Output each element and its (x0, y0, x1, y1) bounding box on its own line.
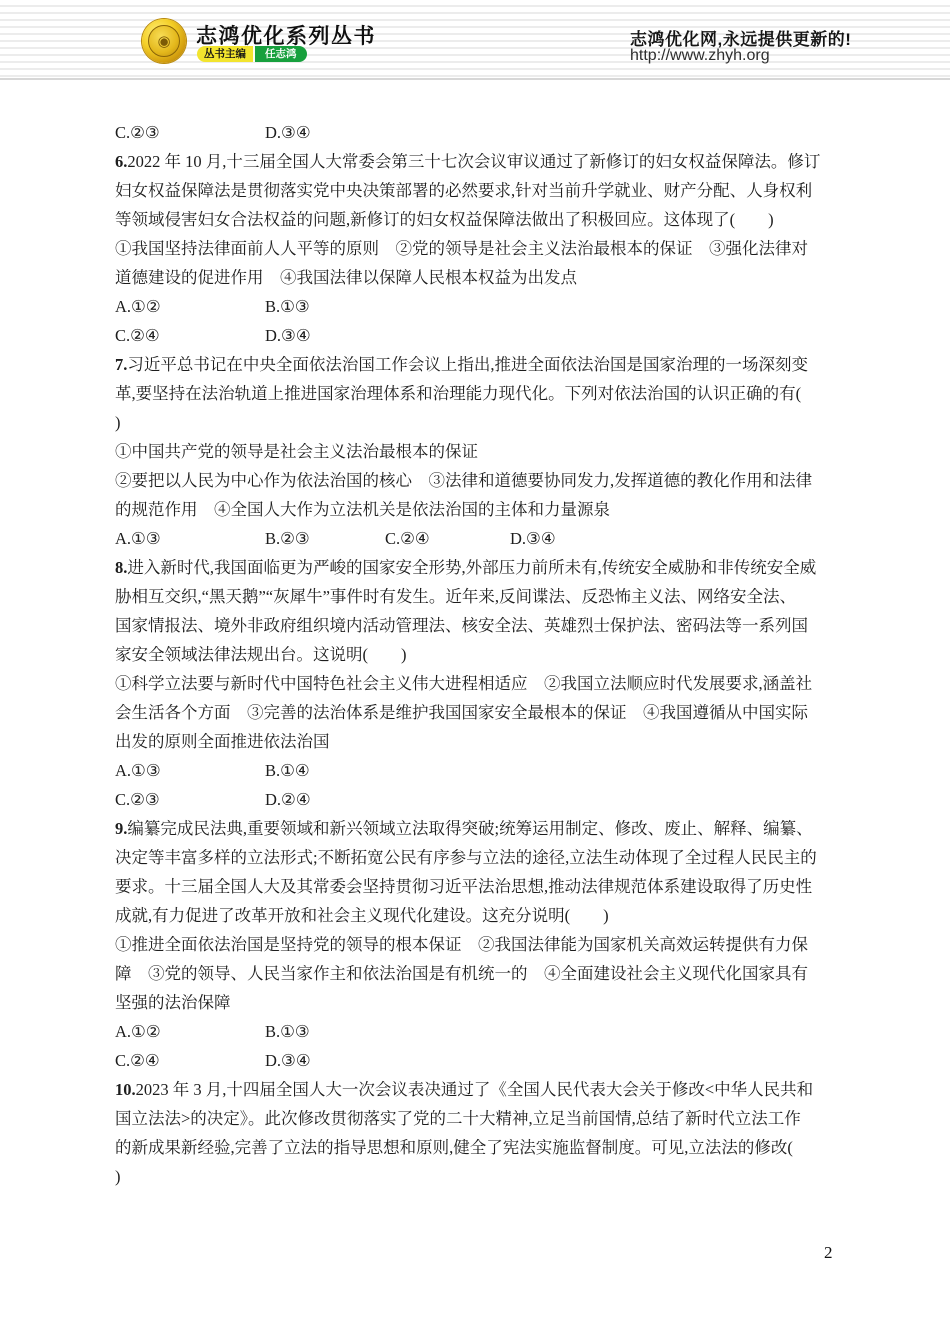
answer-option: B.①③ (265, 292, 385, 321)
text-line: 坚强的法治保障 (115, 988, 839, 1017)
options-line: A.①③B.②③C.②④D.③④ (115, 524, 839, 553)
text-line: ①中国共产党的领导是社会主义法治最根本的保证 (115, 437, 839, 466)
answer-option: C.②④ (115, 321, 265, 350)
answer-option: C.②④ (115, 1046, 265, 1075)
answer-option: D.②④ (265, 785, 385, 814)
text-line: ①推进全面依法治国是坚持党的领导的根本保证 ②我国法律能为国家机关高效运转提供有… (115, 930, 839, 959)
answer-option: B.①④ (265, 756, 385, 785)
text-line: 决定等丰富多样的立法形式;不断拓宽公民有序参与立法的途径,立法生动体现了全过程人… (115, 843, 839, 872)
publisher-medal-icon: ◉ (142, 19, 186, 63)
options-line: A.①②B.①③ (115, 1017, 839, 1046)
text-line: 出发的原则全面推进依法治国 (115, 727, 839, 756)
text-line: 8.进入新时代,我国面临更为严峻的国家安全形势,外部压力前所未有,传统安全威胁和… (115, 553, 839, 582)
text-line: 会生活各个方面 ③完善的法治体系是维护我国国家安全最根本的保证 ④我国遵循从中国… (115, 698, 839, 727)
text-line: 胁相互交织,“黑天鹅”“灰犀牛”事件时有发生。近年来,反间谍法、反恐怖主义法、网… (115, 582, 839, 611)
text-line: 妇女权益保障法是贯彻落实党中央决策部署的必然要求,针对当前升学就业、财产分配、人… (115, 176, 839, 205)
text-line: 成就,有力促进了改革开放和社会主义现代化建设。这充分说明( ) (115, 901, 839, 930)
page-header: ◉ 志鸿优化系列丛书 丛书主编 任志鸿 志鸿优化网,永远提供更新的! http:… (0, 0, 950, 80)
question-number: 7. (115, 355, 127, 374)
question-number: 9. (115, 819, 127, 838)
answer-option: C.②③ (115, 785, 265, 814)
answer-option: C.②④ (385, 524, 510, 553)
answer-option: D.③④ (265, 1046, 385, 1075)
text-line: 的规范作用 ④全国人大作为立法机关是依法治国的主体和力量源泉 (115, 495, 839, 524)
answer-option: D.③④ (510, 524, 556, 553)
answer-option: A.①② (115, 292, 265, 321)
answer-option: B.①③ (265, 1017, 385, 1046)
question-number: 10. (115, 1080, 136, 1099)
options-line: C.②③D.②④ (115, 785, 839, 814)
text-line: 家安全领域法律法规出台。这说明( ) (115, 640, 839, 669)
text-line: 障 ③党的领导、人民当家作主和依法治国是有机统一的 ④全面建设社会主义现代化国家… (115, 959, 839, 988)
answer-option: A.①③ (115, 756, 265, 785)
options-line: A.①③B.①④ (115, 756, 839, 785)
text-line: 要求。十三届全国人大及其常委会坚持贯彻习近平法治思想,推动法律规范体系建设取得了… (115, 872, 839, 901)
answer-option: D.③④ (265, 321, 385, 350)
text-line: ) (115, 1162, 839, 1191)
options-line: C.②④D.③④ (115, 1046, 839, 1075)
badge-role-label: 丛书主编 (197, 46, 253, 62)
options-line: C.②③D.③④ (115, 118, 839, 147)
text-line: 10.2023 年 3 月,十四届全国人大一次会议表决通过了《全国人民代表大会关… (115, 1075, 839, 1104)
text-line: ①我国坚持法律面前人人平等的原则 ②党的领导是社会主义法治最根本的保证 ③强化法… (115, 234, 839, 263)
editor-badge: 丛书主编 任志鸿 (197, 46, 307, 62)
text-line: 等领域侵害妇女合法权益的问题,新修订的妇女权益保障法做出了积极回应。这体现了( … (115, 205, 839, 234)
text-line: 的新成果新经验,完善了立法的指导思想和原则,健全了宪法实施监督制度。可见,立法法… (115, 1133, 839, 1162)
text-line: 9.编纂完成民法典,重要领域和新兴领域立法取得突破;统筹运用制定、修改、废止、解… (115, 814, 839, 843)
answer-option: B.②③ (265, 524, 385, 553)
text-line: 国立法法>的决定》。此次修改贯彻落实了党的二十大精神,立足当前国情,总结了新时代… (115, 1104, 839, 1133)
options-line: A.①②B.①③ (115, 292, 839, 321)
text-line: 国家情报法、境外非政府组织境内活动管理法、核安全法、英雄烈士保护法、密码法等一系… (115, 611, 839, 640)
text-line: 7.习近平总书记在中央全面依法治国工作会议上指出,推进全面依法治国是国家治理的一… (115, 350, 839, 379)
site-url: http://www.zhyh.org (630, 47, 770, 65)
text-line: 道德建设的促进作用 ④我国法律以保障人民根本权益为出发点 (115, 263, 839, 292)
badge-editor-name: 任志鸿 (253, 46, 307, 62)
answer-option: D.③④ (265, 118, 385, 147)
page-number: 2 (824, 1243, 833, 1263)
answer-option: A.①② (115, 1017, 265, 1046)
medal-emblem-icon: ◉ (148, 25, 180, 57)
text-line: ②要把以人民为中心作为依法治国的核心 ③法律和道德要协同发力,发挥道德的教化作用… (115, 466, 839, 495)
document-body: C.②③D.③④6.2022 年 10 月,十三届全国人大常委会第三十七次会议审… (115, 118, 839, 1191)
question-number: 6. (115, 152, 127, 171)
options-line: C.②④D.③④ (115, 321, 839, 350)
text-line: ) (115, 408, 839, 437)
answer-option: C.②③ (115, 118, 265, 147)
question-number: 8. (115, 558, 127, 577)
answer-option: A.①③ (115, 524, 265, 553)
text-line: ①科学立法要与新时代中国特色社会主义伟大进程相适应 ②我国立法顺应时代发展要求,… (115, 669, 839, 698)
text-line: 6.2022 年 10 月,十三届全国人大常委会第三十七次会议审议通过了新修订的… (115, 147, 839, 176)
text-line: 革,要坚持在法治轨道上推进国家治理体系和治理能力现代化。下列对依法治国的认识正确… (115, 379, 839, 408)
scanned-exam-page: { "header": { "logo_icon": "gold-medal-i… (0, 0, 950, 1344)
